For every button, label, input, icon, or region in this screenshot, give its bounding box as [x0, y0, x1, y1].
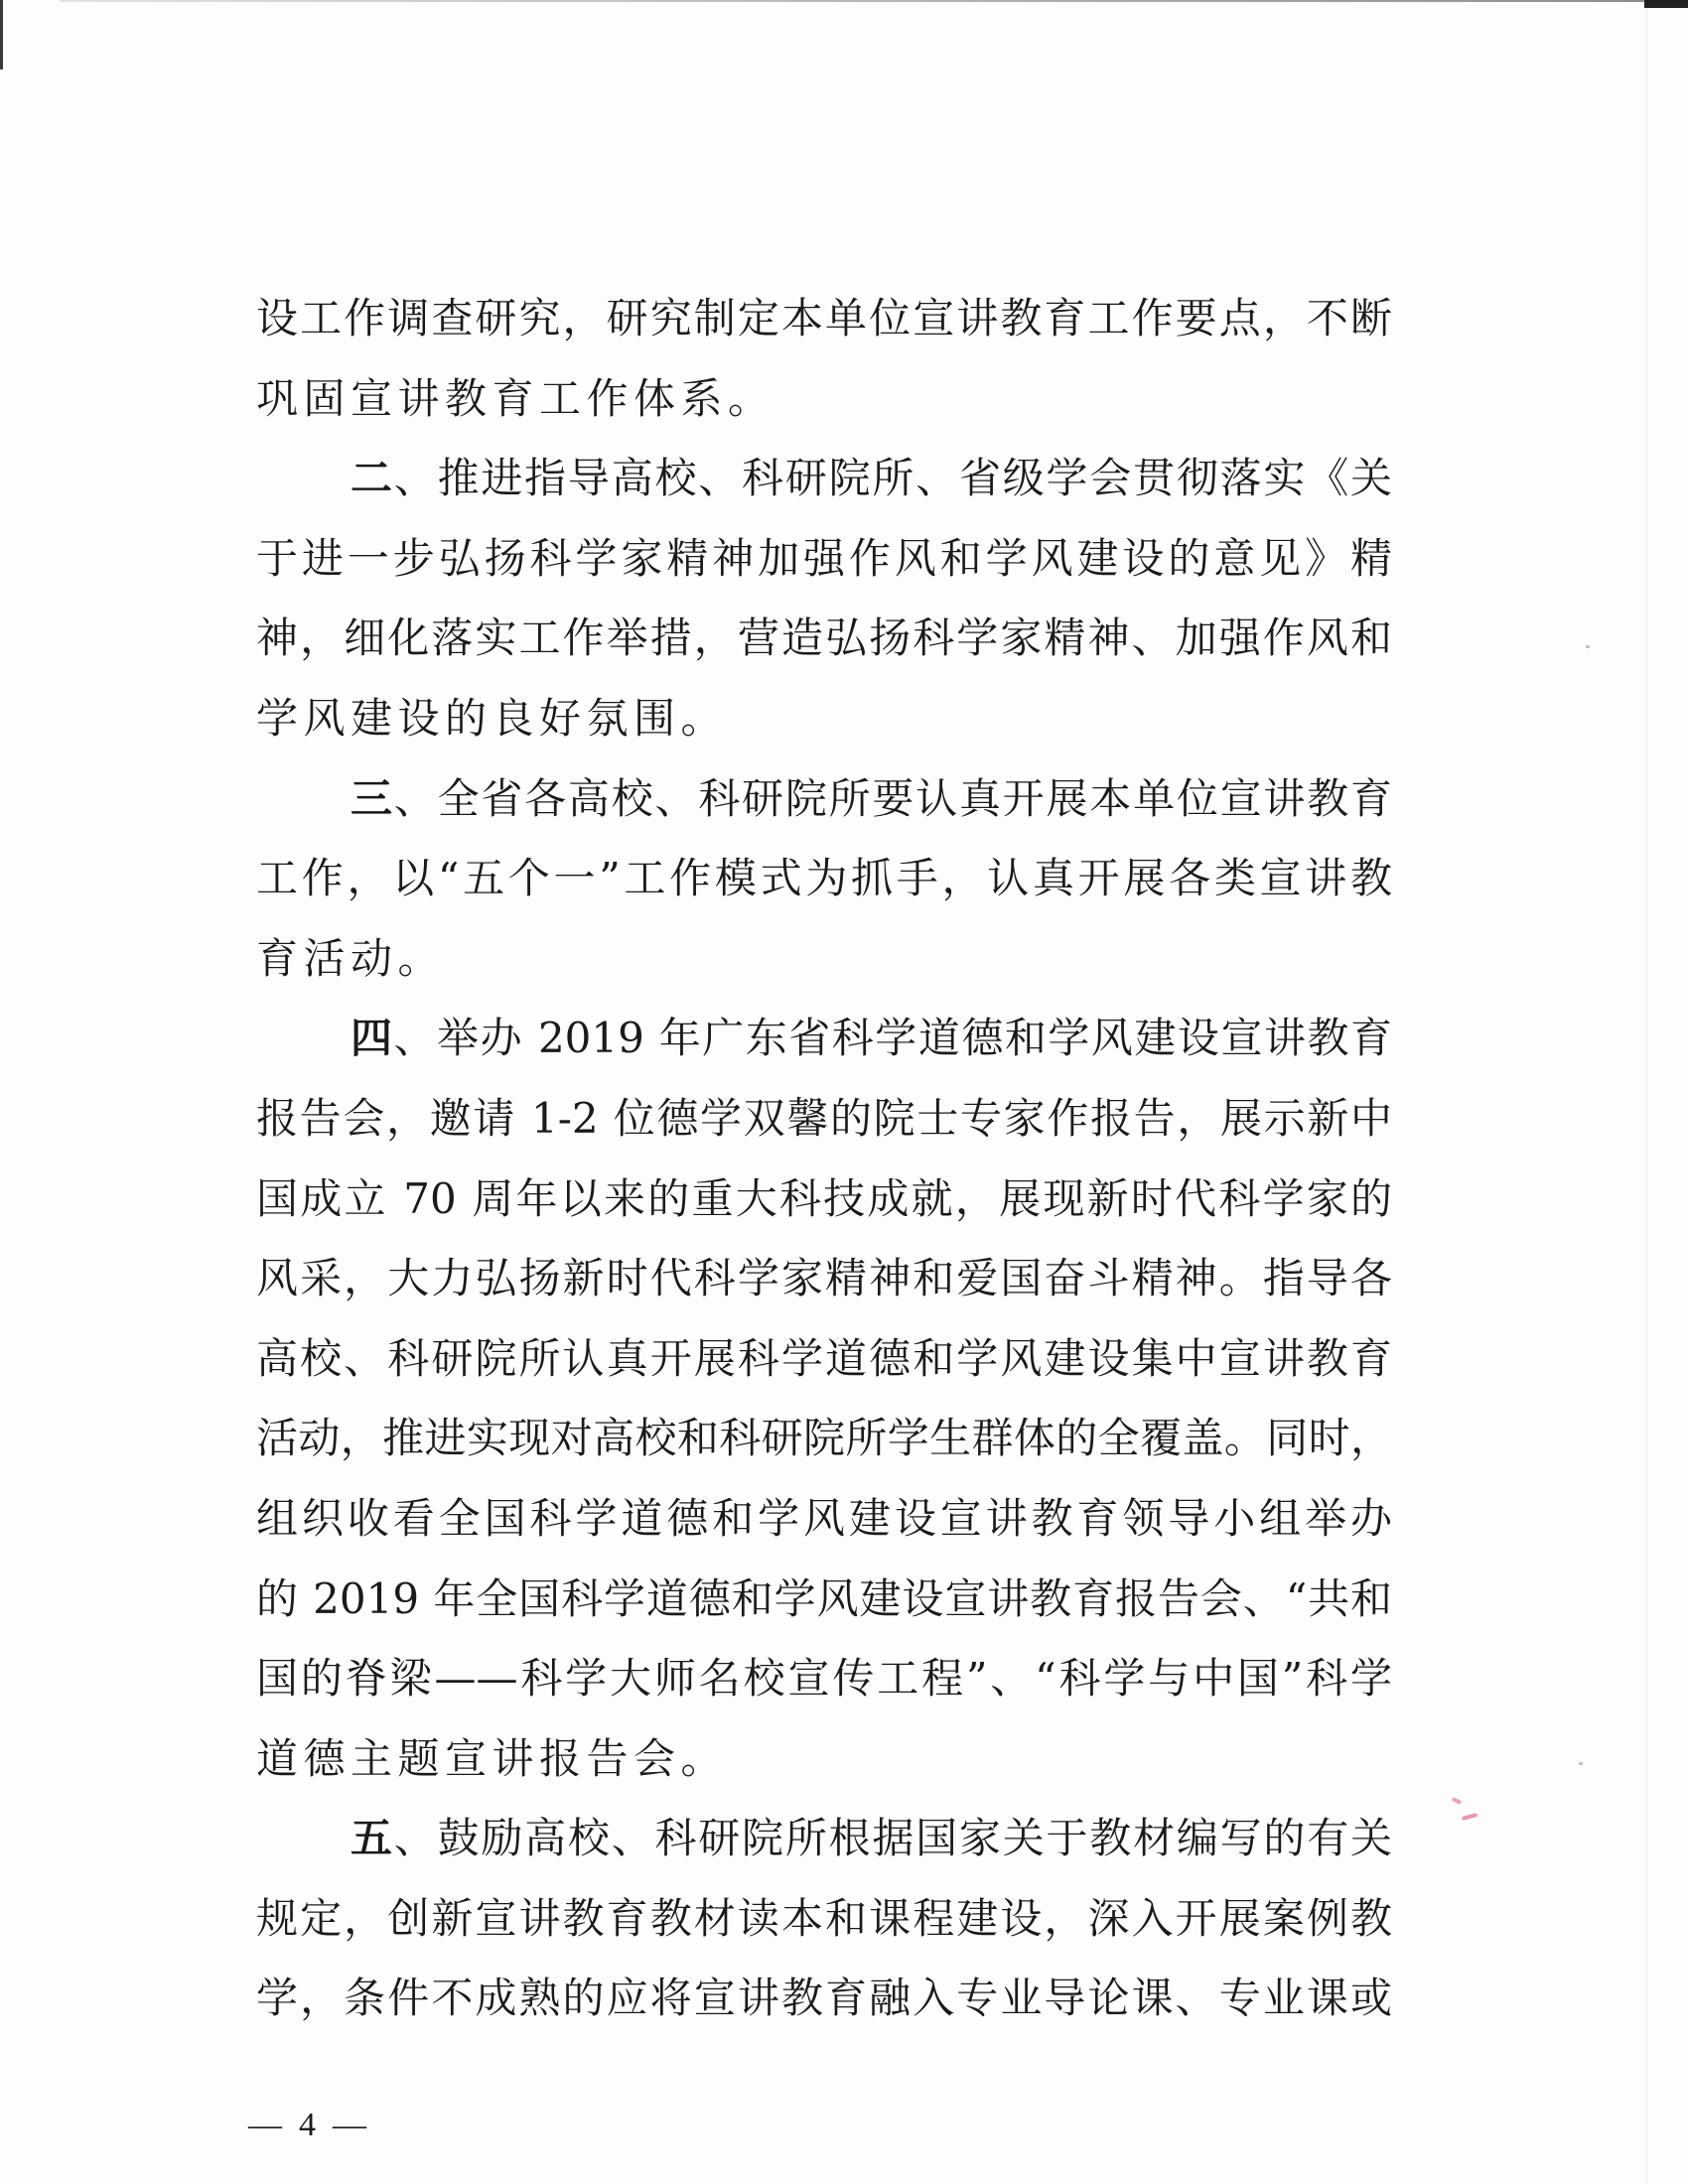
text-line: 学风建设的良好氛围。: [256, 690, 1392, 770]
text-run: 、举办 2019 年广东省科学道德和学风建设宣讲教育: [394, 1014, 1392, 1062]
section-number: 二: [351, 454, 394, 502]
scan-edge-right: [1646, 8, 1647, 2184]
scan-edge-left: [0, 0, 3, 69]
text-line: 规定，创新宣讲教育教材读本和课程建设，深入开展案例教: [256, 1890, 1392, 1971]
text-line: 工作，以“五个一”工作模式为抓手，认真开展各类宣讲教: [256, 850, 1392, 930]
text-run: 、鼓励高校、科研院所根据国家关于教材编写的有关: [394, 1814, 1392, 1862]
text-line: 风采，大力弘扬新时代科学家精神和爱国奋斗精神。指导各: [256, 1250, 1392, 1330]
paragraph-heading-line: 五、鼓励高校、科研院所根据国家关于教材编写的有关: [256, 1810, 1392, 1890]
scan-edge-top: [60, 0, 1648, 2]
text-run: 、全省各高校、科研院所要认真开展本单位宣讲教育: [394, 774, 1392, 823]
section-number: 四: [351, 1014, 394, 1062]
text-line: 国成立 70 周年以来的重大科技成就，展现新时代科学家的: [256, 1170, 1392, 1251]
dust-speck: [1586, 645, 1590, 648]
text-run: 、推进指导高校、科研院所、省级学会贯彻落实《关: [394, 454, 1392, 502]
paragraph-heading-line: 三、全省各高校、科研院所要认真开展本单位宣讲教育: [256, 770, 1392, 851]
paragraph-heading-line: 二、推进指导高校、科研院所、省级学会贯彻落实《关: [256, 450, 1392, 530]
text-line: 于进一步弘扬科学家精神加强作风和学风建设的意见》精: [256, 530, 1392, 611]
text-line: 神，细化落实工作举措，营造弘扬科学家精神、加强作风和: [256, 610, 1392, 690]
scan-corner-mark: [1644, 0, 1688, 8]
paragraph-heading-line: 四、举办 2019 年广东省科学道德和学风建设宣讲教育: [256, 1010, 1392, 1090]
dust-speck: [1579, 1762, 1583, 1765]
section-number: 三: [351, 774, 394, 823]
text-line: 育活动。: [256, 930, 1392, 1011]
text-line: 的 2019 年全国科学道德和学风建设宣讲教育报告会、“共和: [256, 1570, 1392, 1651]
section-number: 五: [351, 1814, 394, 1862]
text-line: 设工作调查研究，研究制定本单位宣讲教育工作要点，不断: [256, 290, 1392, 370]
text-line: 报告会，邀请 1-2 位德学双馨的院士专家作报告，展示新中: [256, 1090, 1392, 1170]
text-line: 道德主题宣讲报告会。: [256, 1730, 1392, 1811]
ink-speck: [1462, 1813, 1477, 1821]
text-line: 组织收看全国科学道德和学风建设宣讲教育领导小组举办: [256, 1490, 1392, 1570]
text-line: 巩固宣讲教育工作体系。: [256, 370, 1392, 451]
document-body: 设工作调查研究，研究制定本单位宣讲教育工作要点，不断 巩固宣讲教育工作体系。 二…: [256, 290, 1392, 2050]
ink-speck: [1452, 1797, 1463, 1805]
page-number: — 4 —: [248, 2107, 366, 2144]
text-line: 国的脊梁——科学大师名校宣传工程”、“科学与中国”科学: [256, 1650, 1392, 1730]
text-line: 学，条件不成熟的应将宣讲教育融入专业导论课、专业课或: [256, 1970, 1392, 2050]
text-line: 活动，推进实现对高校和科研院所学生群体的全覆盖。同时，: [256, 1410, 1392, 1490]
text-line: 高校、科研院所认真开展科学道德和学风建设集中宣讲教育: [256, 1330, 1392, 1411]
